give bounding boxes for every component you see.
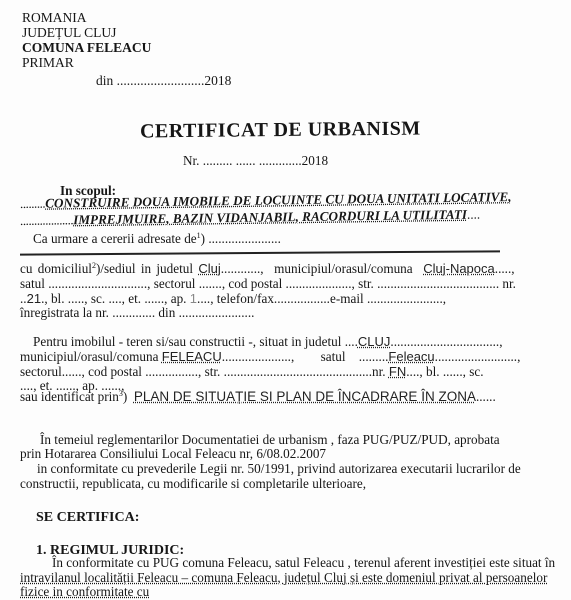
- blank: ......: [476, 389, 496, 404]
- municipality-label: municipiul/orasul/comuna: [20, 349, 158, 364]
- applicant-municipality-value: Cluj-Napoca: [423, 261, 495, 276]
- blank: .................................,: [390, 334, 502, 349]
- certifies-heading: SE CERTIFICA:: [36, 510, 139, 526]
- address-fields: ., bl. ....., sc. ...., et. ......, ap.: [41, 291, 186, 306]
- identified-label: sau identificat prin: [20, 389, 119, 404]
- property-municipality-value: FELEACU: [162, 349, 222, 364]
- document-title: CERTIFICAT DE URBANISM: [140, 118, 421, 144]
- property-street-number: FN: [389, 364, 406, 379]
- request-line: Ca urmare a cererii adresate de1) ......…: [33, 231, 281, 247]
- applicant-street-number: 21: [27, 291, 41, 306]
- header-commune: COMUNA FELEACU: [22, 40, 151, 55]
- header-office: PRIMAR: [22, 55, 74, 70]
- property-municipality-line: municipiul/orasul/comuna FELEACU........…: [20, 349, 520, 365]
- certificate-number: Nr. ......... ...... .............2018: [183, 153, 328, 169]
- leader-dots: ...................: [20, 212, 73, 228]
- request-blank: ) ......................: [201, 231, 281, 246]
- property-intro: Pentru imobilul - teren si/sau construct…: [33, 334, 358, 349]
- contact-fields: ...., telefon/fax.................e-mail…: [197, 291, 446, 306]
- legal-basis-line-2: prin Hotararea Consiliului Local Feleacu…: [20, 446, 326, 462]
- blank: .........................,: [435, 349, 521, 364]
- issue-date-line: din ..........................2018: [96, 73, 231, 88]
- header-county: JUDEȚUL CLUJ: [22, 25, 116, 40]
- village-label: satul: [321, 349, 346, 364]
- legal-basis-line-4: constructii, republicata, cu modificaril…: [20, 476, 366, 492]
- request-label: Ca urmare a cererii adresate de: [33, 231, 197, 246]
- trail-dots: ....: [467, 207, 480, 222]
- signature-rule: [20, 250, 500, 255]
- blank: .........: [359, 349, 389, 364]
- property-identification-value: PLAN DE SITUAȚIE SI PLAN DE ÎNCADRARE ÎN…: [134, 389, 476, 404]
- domicile-text: )/sediul in judetul: [96, 261, 193, 276]
- legal-basis-line-3: in conformitate cu prevederile Legii nr.…: [37, 461, 521, 477]
- blank: ............,: [221, 261, 264, 276]
- blank: .....,: [495, 261, 515, 276]
- section-1-line-1: În conformitate cu PUG comuna Feleacu, s…: [52, 555, 555, 571]
- municipality-label: municipiul/orasul/comuna: [274, 261, 412, 276]
- blank: ...., bl. ......, sc.: [406, 364, 483, 379]
- applicant-apartment: 1: [190, 291, 197, 306]
- address-fields: sectorul......, cod postal .............…: [20, 364, 386, 379]
- applicant-address-line: satul .............................., se…: [20, 276, 516, 292]
- leader-dots: .........: [20, 196, 45, 211]
- domicile-line: cu domiciliul2)/sediul in judetul Cluj..…: [20, 261, 515, 277]
- blank: .....................,: [222, 349, 295, 364]
- section-1-line-3: fizice in conformitate cu: [20, 584, 149, 600]
- header-country: ROMANIA: [22, 10, 87, 25]
- property-identified-line: sau identificat prin3) PLAN DE SITUAȚIE …: [20, 389, 496, 405]
- footnote-ref: 3: [119, 389, 123, 398]
- property-village-value: Feleacu: [388, 349, 434, 364]
- blank: ..: [20, 291, 27, 306]
- applicant-county-value: Cluj: [198, 261, 220, 276]
- property-intro-line: Pentru imobilul - teren si/sau construct…: [33, 334, 503, 350]
- property-county-value: CLUJ: [358, 334, 391, 349]
- domicile-label: cu domiciliul: [20, 261, 92, 276]
- registration-line: înregistrata la nr. ............. din ..…: [20, 305, 254, 321]
